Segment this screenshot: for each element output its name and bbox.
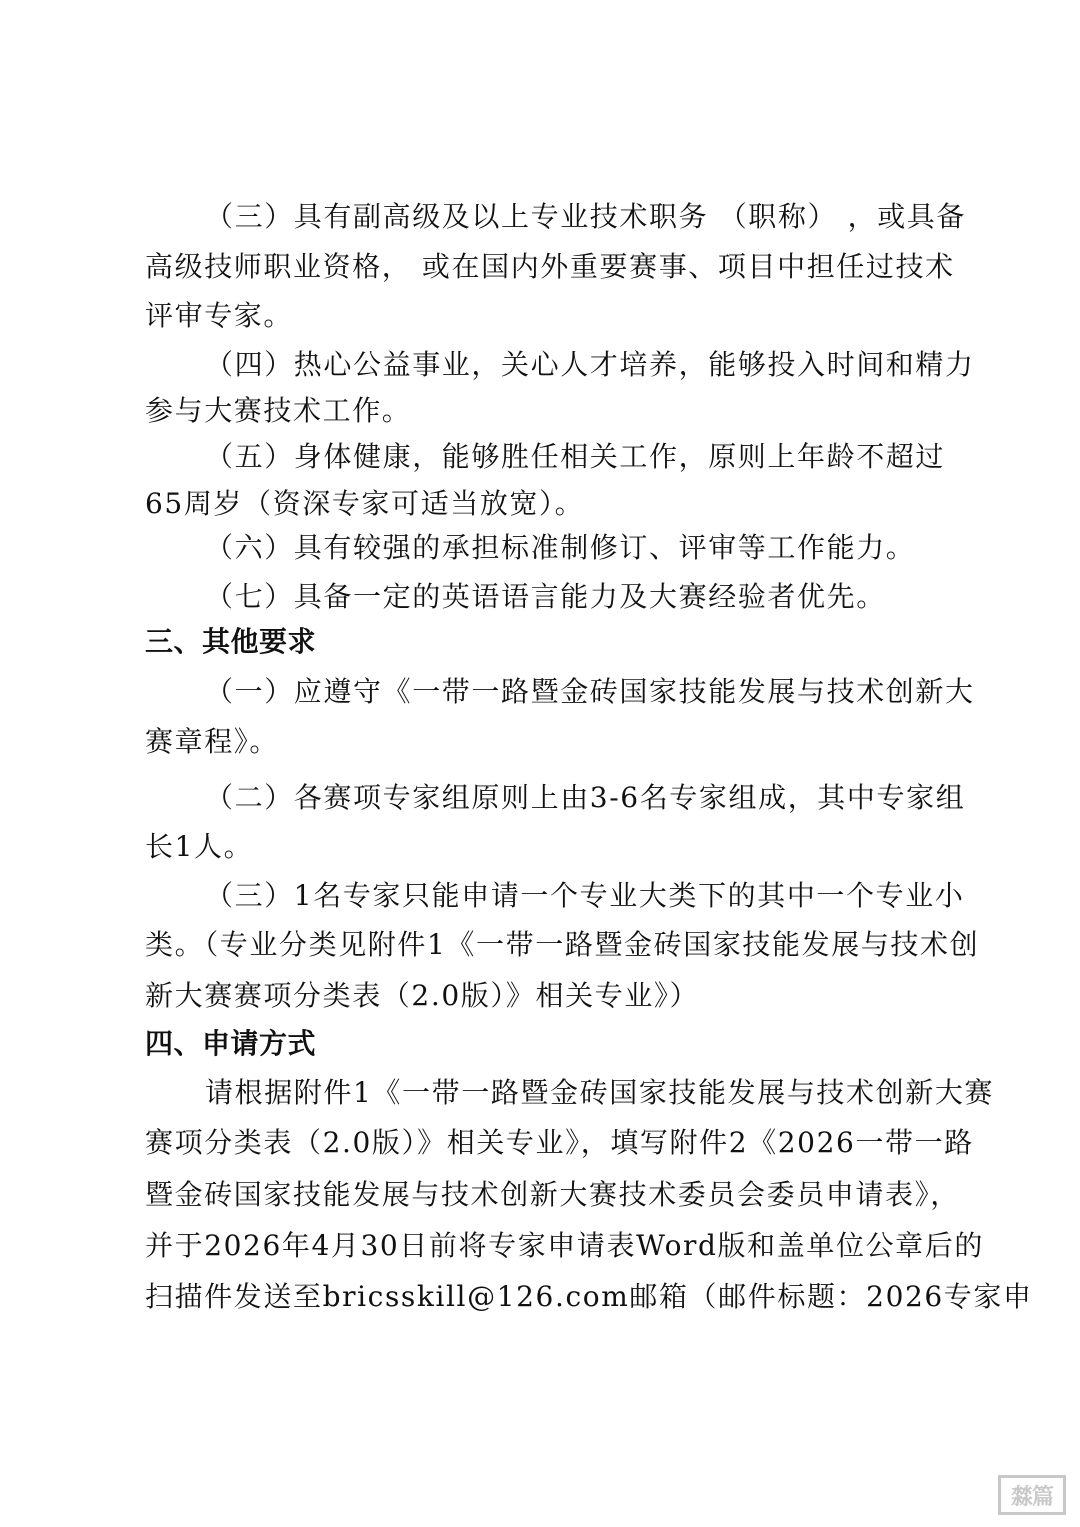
paragraph-line: （四）热心公益事业，关心人才培养，能够投入时间和精力	[205, 348, 945, 382]
section-heading: 四、申请方式	[145, 1027, 945, 1061]
paragraph-line: 参与大赛技术工作。	[145, 394, 945, 428]
paragraph-line: 并于2026年4月30日前将专家申请表Word版和盖单位公章后的	[145, 1229, 945, 1263]
paragraph-line: （六）具有较强的承担标准制修订、评审等工作能力。	[205, 531, 945, 565]
paragraph-line: 赛项分类表（2.0版）》相关专业》，填写附件2《2026一带一路	[145, 1126, 945, 1160]
paragraph-line: 扫描件发送至bricsskill@126.com邮箱（邮件标题：2026专家申	[145, 1280, 945, 1314]
paragraph-line: 暨金砖国家技能发展与技术创新大赛技术委员会委员申请表》，	[145, 1178, 945, 1212]
paragraph-line: （三）具有副高级及以上专业技术职务 （职称） ，或具备	[205, 200, 945, 234]
paragraph-line: 请根据附件1《一带一路暨金砖国家技能发展与技术创新大赛	[205, 1076, 945, 1110]
paragraph-line: 长1人。	[145, 830, 945, 864]
paragraph-line: 新大赛赛项分类表（2.0版）》相关专业》）	[145, 979, 945, 1013]
paragraph-line: （一）应遵守《一带一路暨金砖国家技能发展与技术创新大	[205, 675, 945, 709]
paragraph-line: 65周岁（资深专家可适当放宽）。	[145, 487, 945, 521]
paragraph-line: （七）具备一定的英语语言能力及大赛经验者优先。	[205, 580, 945, 614]
paragraph-line: （二）各赛项专家组原则上由3-6名专家组成，其中专家组	[205, 781, 945, 815]
paragraph-line: 类。（专业分类见附件1《一带一路暨金砖国家技能发展与技术创	[145, 928, 945, 962]
document-page: （三）具有副高级及以上专业技术职务 （职称） ，或具备 高级技师职业资格， 或在…	[0, 0, 1080, 1527]
watermark-seal-icon: 㵘篇	[998, 1475, 1066, 1515]
paragraph-line: （五）身体健康，能够胜任相关工作，原则上年龄不超过	[205, 440, 945, 474]
paragraph-line: 高级技师职业资格， 或在国内外重要赛事、项目中担任过技术	[145, 250, 945, 284]
paragraph-line: 评审专家。	[145, 299, 945, 333]
section-heading: 三、其他要求	[145, 625, 945, 659]
paragraph-line: 赛章程》。	[145, 725, 945, 759]
paragraph-line: （三）1名专家只能申请一个专业大类下的其中一个专业小	[205, 879, 945, 913]
